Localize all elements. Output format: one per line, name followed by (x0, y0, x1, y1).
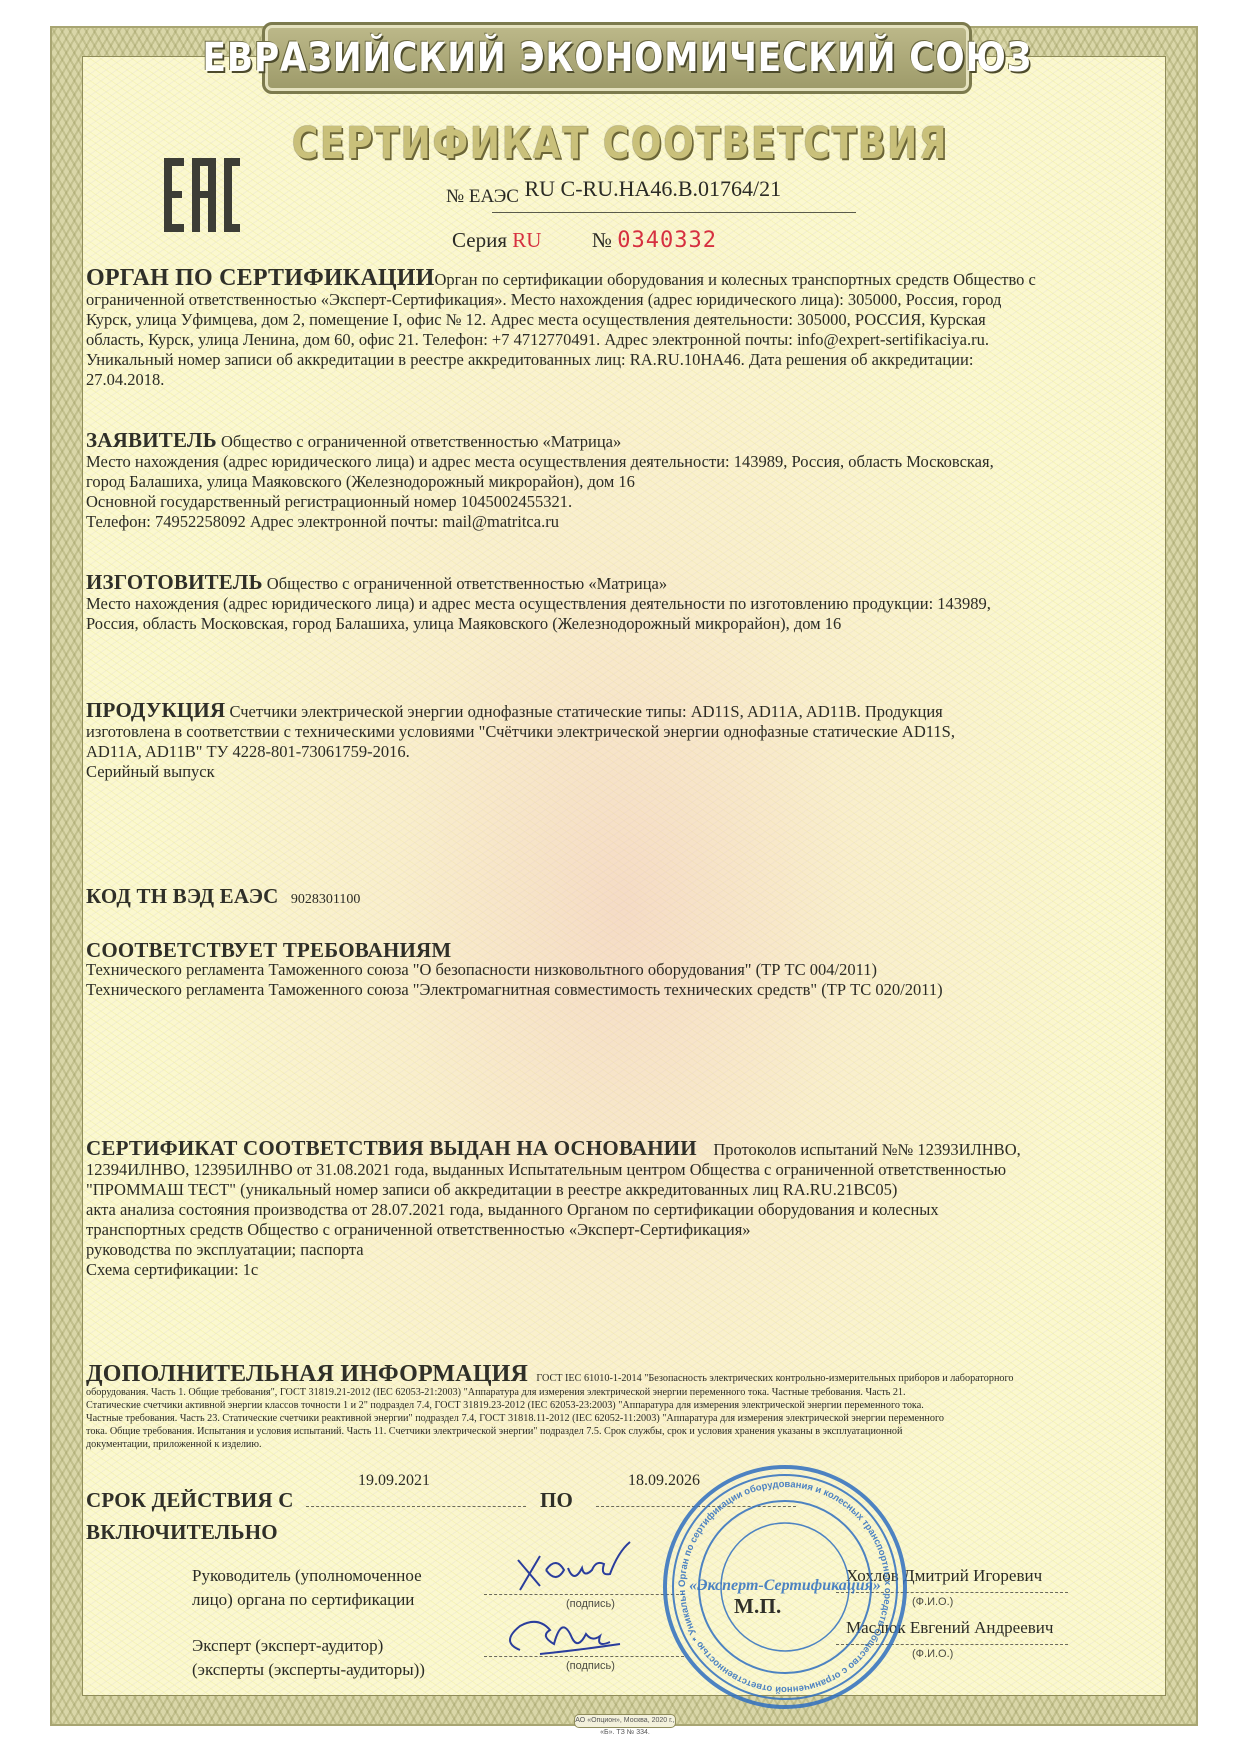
section-additional-info: ДОПОЛНИТЕЛЬНАЯ ИНФОРМАЦИЯ ГОСТ IEC 61010… (86, 1364, 1126, 1451)
text-line: Уникальный номер записи об аккредитации … (86, 350, 1126, 370)
text-line: "ПРОММАШ ТЕСТ" (уникальный номер записи … (86, 1180, 1126, 1200)
stamp-center-text: «Эксперт-Сертификация» (689, 1577, 881, 1594)
validity-to-label: ПО (540, 1488, 573, 1513)
reg-label: № ЕАЭС (446, 186, 519, 207)
section-product: ПРОДУКЦИЯ Счетчики электрической энергии… (86, 700, 1126, 782)
union-banner: ЕВРАЗИЙСКИЙ ЭКОНОМИЧЕСКИЙ СОЮЗ (262, 22, 972, 94)
text-line: 27.04.2018. (86, 370, 1126, 390)
hs-code-value: 9028301100 (291, 892, 360, 907)
text-line: Орган по сертификации оборудования и кол… (435, 270, 1036, 289)
text-line: Серийный выпуск (86, 762, 1126, 782)
applicant-heading: ЗАЯВИТЕЛЬ (86, 428, 217, 452)
text-line: изготовлена в соответствии с техническим… (86, 722, 1126, 742)
section-basis: СЕРТИФИКАТ СООТВЕТСТВИЯ ВЫДАН НА ОСНОВАН… (86, 1138, 1126, 1280)
text-line: (эксперты (эксперты-аудиторы)) (192, 1658, 425, 1682)
text-line: 12394ИЛНВО, 12395ИЛНВО от 31.08.2021 год… (86, 1160, 1126, 1180)
text-line: Общество с ограниченной ответственностью… (267, 574, 667, 593)
text-line: тока. Общие требования. Испытания и усло… (86, 1425, 1126, 1438)
text-line: Место нахождения (адрес юридического лиц… (86, 452, 1126, 472)
text-line: Протоколов испытаний №№ 12393ИЛНВО, (713, 1140, 1020, 1159)
eac-logo-icon (164, 158, 240, 232)
text-line: Россия, область Московская, город Балаши… (86, 614, 1126, 634)
head-name-caption: (Ф.И.О.) (912, 1596, 953, 1608)
text-line: документации, приложенной к изделию. (86, 1438, 1126, 1451)
expert-signature-caption: (подпись) (566, 1660, 615, 1672)
certification-stamp-icon: Орган по сертификации оборудования и кол… (660, 1462, 910, 1712)
expert-name-caption: (Ф.И.О.) (912, 1648, 953, 1660)
product-heading: ПРОДУКЦИЯ (86, 698, 225, 722)
text-line: лицо) органа по сертификации (192, 1588, 422, 1612)
text-line: Схема сертификации: 1с (86, 1260, 1126, 1280)
text-line: акта анализа состояния производства от 2… (86, 1200, 1126, 1220)
text-line: Технического регламента Таможенного союз… (86, 960, 1126, 980)
requirements-heading: СООТВЕТСТВУЕТ ТРЕБОВАНИЯМ (86, 940, 1126, 960)
validity-from-label: СРОК ДЕЙСТВИЯ С (86, 1488, 294, 1513)
head-signature-icon (510, 1540, 640, 1600)
text-line: Частные требования. Часть 23. Статически… (86, 1412, 1126, 1425)
union-title: ЕВРАЗИЙСКИЙ ЭКОНОМИЧЕСКИЙ СОЮЗ (202, 35, 1031, 81)
section-hs-code: КОД ТН ВЭД ЕАЭС 9028301100 (86, 886, 1126, 910)
series-line: Серия RU № 0340332 (452, 228, 717, 253)
text-line: транспортных средств Общество с ограниче… (86, 1220, 1126, 1240)
text-line: AD11A, AD11B" ТУ 4228-801-73061759-2016. (86, 742, 1126, 762)
section-manufacturer: ИЗГОТОВИТЕЛЬ Общество с ограниченной отв… (86, 572, 1126, 634)
reg-underline (492, 212, 856, 213)
head-label: Руководитель (уполномоченное лицо) орган… (192, 1564, 422, 1612)
validity-inclusive-label: ВКЛЮЧИТЕЛЬНО (86, 1520, 278, 1545)
printer-note: АО «Опцион», Москва, 2020 г., «Б». ТЗ № … (574, 1714, 676, 1728)
hs-code-heading: КОД ТН ВЭД ЕАЭС (86, 884, 279, 908)
text-line: Эксперт (эксперт-аудитор) (192, 1634, 425, 1658)
registration-number: № ЕАЭС RU C-RU.HA46.B.01764/21 (446, 176, 856, 202)
text-line: город Балашиха, улица Маяковского (Желез… (86, 472, 1126, 492)
additional-info-heading: ДОПОЛНИТЕЛЬНАЯ ИНФОРМАЦИЯ (86, 1361, 528, 1387)
text-line: Основной государственный регистрационный… (86, 492, 1126, 512)
blank-number: 0340332 (617, 228, 717, 253)
manufacturer-heading: ИЗГОТОВИТЕЛЬ (86, 570, 263, 594)
expert-signature-icon (500, 1610, 640, 1660)
basis-heading: СЕРТИФИКАТ СООТВЕТСТВИЯ ВЫДАН НА ОСНОВАН… (86, 1136, 697, 1160)
text-line: Счетчики электрической энергии однофазны… (229, 702, 942, 721)
text-line: руководства по эксплуатации; паспорта (86, 1240, 1126, 1260)
text-line: Технического регламента Таможенного союз… (86, 980, 1126, 1000)
validity-from-underline (306, 1506, 526, 1507)
certification-body-heading: ОРГАН ПО СЕРТИФИКАЦИИ (86, 265, 435, 291)
text-line: Место нахождения (адрес юридического лиц… (86, 594, 1126, 614)
section-applicant: ЗАЯВИТЕЛЬ Общество с ограниченной ответс… (86, 430, 1126, 532)
text-line: оборудования. Часть 1. Общие требования"… (86, 1386, 1126, 1399)
series-label: Серия (452, 228, 507, 252)
certificate-title: СЕРТИФИКАТ СООТВЕТСТВИЯ (112, 118, 1129, 169)
text-line: ограниченной ответственностью «Эксперт-С… (86, 290, 1126, 310)
text-line: Статические счетчики активной энергии кл… (86, 1399, 1126, 1412)
text-line: Руководитель (уполномоченное (192, 1564, 422, 1588)
section-certification-body: ОРГАН ПО СЕРТИФИКАЦИИОрган по сертификац… (86, 268, 1126, 390)
validity-from-date: 19.09.2021 (358, 1472, 430, 1490)
text-line: Телефон: 74952258092 Адрес электронной п… (86, 512, 1126, 532)
series-value: RU (512, 228, 541, 252)
blank-label: № (592, 228, 612, 252)
expert-label: Эксперт (эксперт-аудитор) (эксперты (экс… (192, 1634, 425, 1682)
text-line: область, Курск, улица Ленина, дом 60, оф… (86, 330, 1126, 350)
text-line: Общество с ограниченной ответственностью… (221, 432, 621, 451)
text-line: ГОСТ IEC 61010-1-2014 "Безопасность элек… (536, 1373, 1013, 1384)
reg-number: RU C-RU.HA46.B.01764/21 (524, 176, 781, 201)
section-requirements: СООТВЕТСТВУЕТ ТРЕБОВАНИЯМ Технического р… (86, 940, 1126, 1000)
text-line: Курск, улица Уфимцева, дом 2, помещение … (86, 310, 1126, 330)
